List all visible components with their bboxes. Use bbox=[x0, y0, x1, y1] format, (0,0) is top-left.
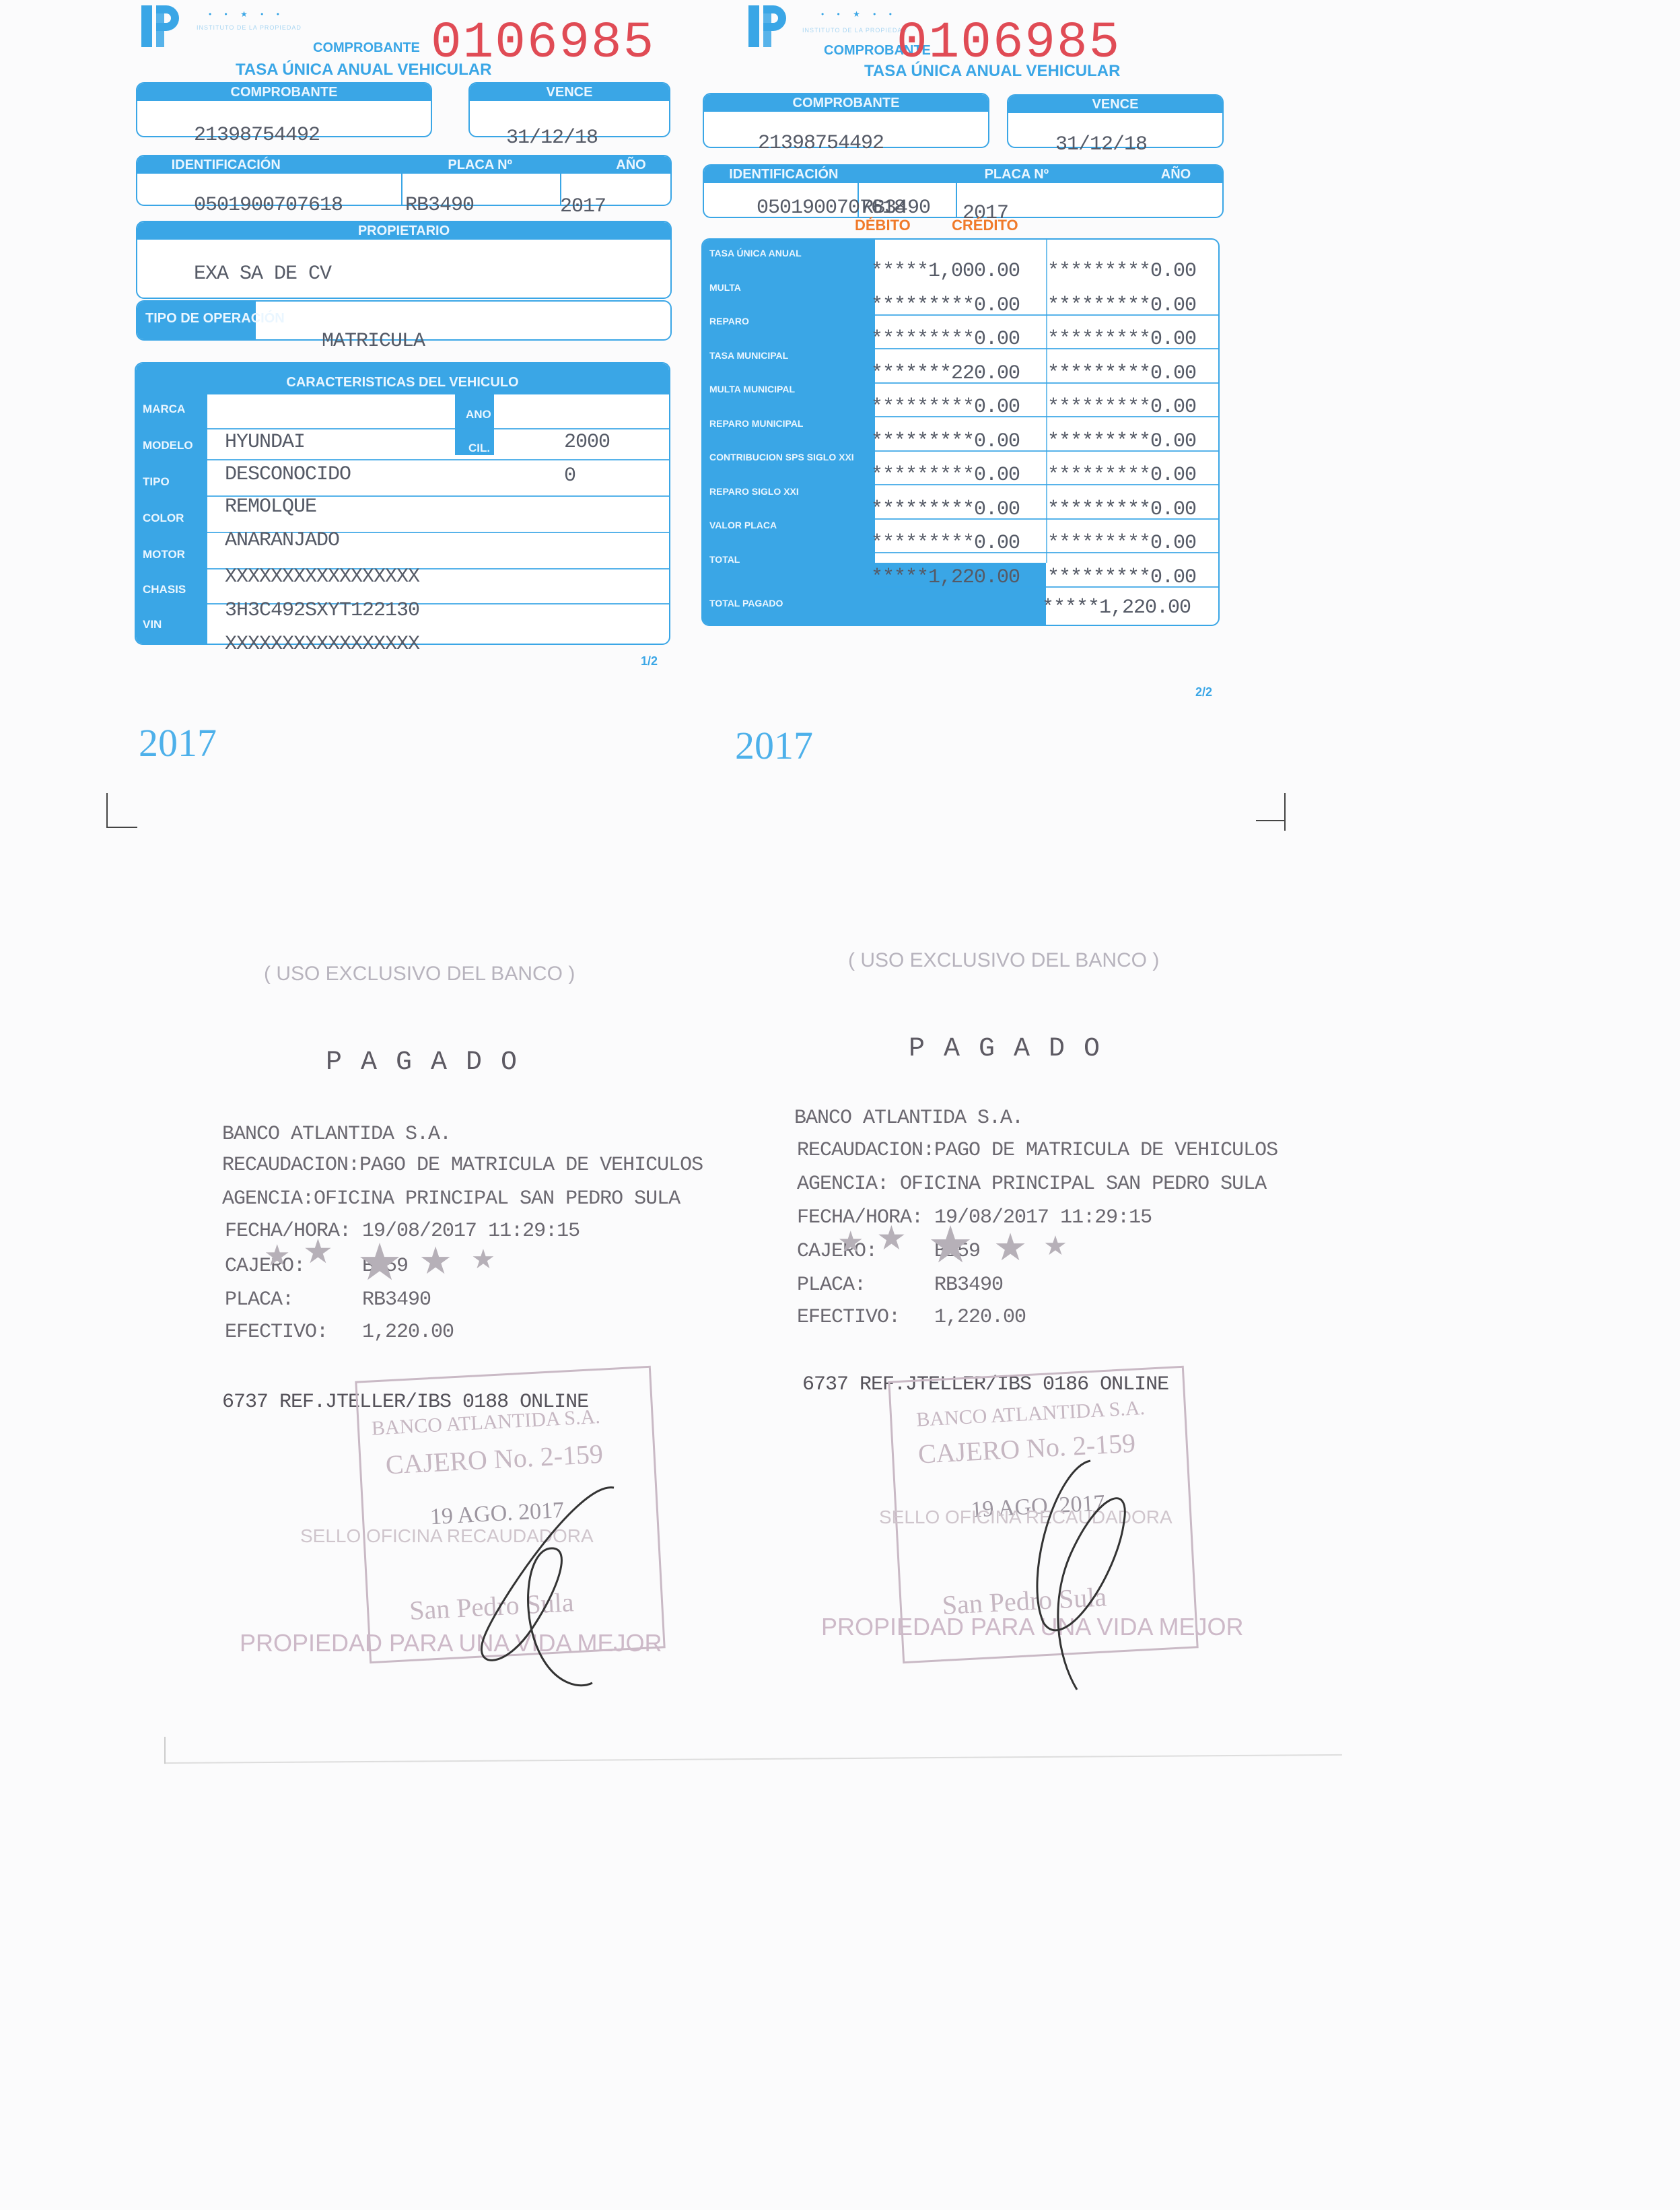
identificacion-value: 0501900707618 bbox=[194, 194, 343, 217]
chasis-value: XXXXXXXXXXXXXXXXX bbox=[225, 565, 419, 588]
charge-credito: *********0.00 bbox=[1047, 430, 1196, 453]
charge-credito: *********0.00 bbox=[1047, 294, 1196, 317]
charge-label: TOTAL bbox=[709, 554, 740, 565]
uso-exclusivo-label: ( USO EXCLUSIVO DEL BANCO ) bbox=[848, 949, 1159, 972]
star-icon: ★ bbox=[471, 1244, 495, 1275]
star-icon: ★ bbox=[837, 1225, 864, 1259]
anio-label: AÑO bbox=[1129, 166, 1222, 183]
ip-logo-icon bbox=[141, 5, 180, 47]
star-icon: ★ bbox=[993, 1225, 1027, 1270]
star-icon: ★ bbox=[876, 1218, 907, 1257]
signature-icon bbox=[458, 1467, 633, 1690]
bank-name: BANCO ATLANTIDA S.A. bbox=[222, 1123, 451, 1146]
cil-value: 0 bbox=[564, 464, 575, 487]
caracteristicas-title: CARACTERISTICAS DEL VEHICULO bbox=[136, 364, 669, 394]
charge-credito: *********0.00 bbox=[1047, 328, 1196, 351]
row-divider bbox=[874, 552, 1220, 553]
modelo-label: MODELO bbox=[143, 439, 193, 452]
motor-label: MOTOR bbox=[143, 548, 185, 561]
efectivo-line: EFECTIVO: 1,220.00 bbox=[797, 1306, 1026, 1329]
crop-mark bbox=[106, 827, 137, 828]
efectivo-line: EFECTIVO: 1,220.00 bbox=[225, 1321, 454, 1344]
charge-label: MULTA bbox=[709, 282, 741, 293]
row-divider bbox=[874, 586, 1220, 588]
charge-debito: *******220.00 bbox=[871, 362, 1020, 385]
charge-label: CONTRIBUCION SPS SIGLO XXI bbox=[709, 452, 854, 462]
charge-credito: *********0.00 bbox=[1047, 532, 1196, 555]
color-label: COLOR bbox=[143, 512, 184, 525]
anio-value: 2017 bbox=[560, 195, 606, 218]
year-watermark-2: 2017 bbox=[735, 723, 813, 768]
form-title: TASA ÚNICA ANUAL VEHICULAR bbox=[236, 61, 491, 79]
uso-exclusivo-label: ( USO EXCLUSIVO DEL BANCO ) bbox=[264, 963, 575, 986]
charge-label: TASA ÚNICA ANUAL bbox=[709, 248, 802, 258]
row-divider bbox=[874, 382, 1220, 384]
comprobante-label: COMPROBANTE bbox=[137, 83, 431, 101]
propietario-box: PROPIETARIO bbox=[136, 221, 672, 299]
year-watermark-1: 2017 bbox=[139, 720, 217, 765]
color-value: REMOLQUE bbox=[225, 495, 316, 518]
page-number: 1/2 bbox=[641, 654, 658, 668]
agencia-line: AGENCIA: OFICINA PRINCIPAL SAN PEDRO SUL… bbox=[797, 1173, 1266, 1196]
charge-debito: *********0.00 bbox=[871, 396, 1020, 419]
identificacion-header: IDENTIFICACIÓN PLACA Nº AÑO bbox=[704, 166, 1222, 183]
modelo-value: HYUNDAI bbox=[225, 431, 305, 454]
comprobante-caption: COMPROBANTE bbox=[313, 40, 420, 56]
row-divider bbox=[874, 348, 1220, 349]
bank-stamp-2: ( USO EXCLUSIVO DEL BANCO ) PAGADO BANCO… bbox=[774, 929, 1353, 1669]
row-divider bbox=[874, 518, 1220, 520]
star-icon: ★ bbox=[357, 1232, 403, 1292]
charge-debito: *********0.00 bbox=[871, 328, 1020, 351]
vence-label: VENCE bbox=[470, 83, 669, 101]
stars-icon: • • ★ • • bbox=[209, 9, 285, 19]
chasis-label: CHASIS bbox=[143, 583, 186, 596]
crop-mark bbox=[164, 1737, 166, 1764]
charge-debito: *****1,220.00 bbox=[871, 566, 1020, 589]
vence-label: VENCE bbox=[1008, 96, 1222, 113]
pagado-label: PAGADO bbox=[326, 1047, 536, 1078]
row-divider bbox=[874, 484, 1220, 485]
charge-label: VALOR PLACA bbox=[709, 520, 777, 530]
tipo-label: TIPO bbox=[143, 475, 170, 489]
charge-credito: *********0.00 bbox=[1047, 396, 1196, 419]
placa-line: PLACA: RB3490 bbox=[225, 1288, 431, 1311]
charge-credito: *********0.00 bbox=[1047, 566, 1196, 589]
seal-bank: BANCO ATLANTIDA S.A. bbox=[916, 1397, 1146, 1432]
stars-icon: • • ★ • • bbox=[821, 9, 897, 19]
charge-label: REPARO SIGLO XXI bbox=[709, 486, 799, 497]
credito-header: CRÉDITO bbox=[952, 217, 1018, 234]
identificacion-label: IDENTIFICACIÓN bbox=[704, 166, 864, 183]
charge-label: REPARO MUNICIPAL bbox=[709, 418, 803, 429]
tipo-operacion-label: TIPO DE OPERACIÓN bbox=[145, 311, 285, 326]
row-divider bbox=[874, 314, 1220, 316]
institution-name: INSTITUTO DE LA PROPIEDAD bbox=[197, 24, 302, 31]
total-pagado-value: *****1,220.00 bbox=[1042, 596, 1191, 619]
page-bottom-line bbox=[164, 1754, 1342, 1764]
charge-debito: *********0.00 bbox=[871, 498, 1020, 521]
ip-logo-icon bbox=[748, 5, 788, 47]
vence-value: 31/12/18 bbox=[1055, 133, 1147, 156]
ano-label: ANO bbox=[466, 408, 491, 421]
institution-name: INSTITUTO DE LA PROPIEDAD bbox=[802, 27, 907, 34]
form-title: TASA ÚNICA ANUAL VEHICULAR bbox=[864, 62, 1120, 81]
placa-value: RB3490 bbox=[862, 197, 930, 219]
crop-mark bbox=[1256, 820, 1284, 821]
charge-credito: *********0.00 bbox=[1047, 260, 1196, 283]
marca-label: MARCA bbox=[143, 403, 185, 416]
vin-value: 3H3C492SXYT122130 bbox=[225, 599, 419, 622]
page-number: 2/2 bbox=[1195, 685, 1212, 699]
ano-value: 2000 bbox=[564, 431, 610, 454]
star-icon: ★ bbox=[264, 1239, 290, 1273]
identificacion-header: IDENTIFICACIÓN PLACA Nº AÑO bbox=[137, 156, 670, 174]
star-icon: ★ bbox=[303, 1232, 333, 1271]
seal-bank: BANCO ATLANTIDA S.A. bbox=[371, 1406, 600, 1441]
motor-value: ANARANJADO bbox=[225, 529, 339, 552]
charge-credito: *********0.00 bbox=[1047, 498, 1196, 521]
charge-debito: *********0.00 bbox=[871, 464, 1020, 487]
propietario-label: PROPIETARIO bbox=[137, 222, 670, 240]
star-icon: ★ bbox=[928, 1214, 973, 1274]
row-divider bbox=[874, 416, 1220, 417]
charge-credito: *********0.00 bbox=[1047, 464, 1196, 487]
charge-label: MULTA MUNICIPAL bbox=[709, 384, 795, 394]
comprobante-label: COMPROBANTE bbox=[704, 94, 988, 112]
charge-debito: *********0.00 bbox=[871, 532, 1020, 555]
vin-label: VIN bbox=[143, 618, 162, 631]
identificacion-label: IDENTIFICACIÓN bbox=[137, 156, 314, 174]
debito-header: DÉBITO bbox=[855, 217, 911, 234]
charge-label: REPARO bbox=[709, 316, 749, 326]
charge-debito: *********0.00 bbox=[871, 430, 1020, 453]
recaudacion-line: RECAUDACION:PAGO DE MATRICULA DE VEHICUL… bbox=[222, 1154, 703, 1177]
placa-label: PLACA Nº bbox=[314, 156, 592, 174]
placa-label: PLACA Nº bbox=[864, 166, 1129, 183]
placa-line: PLACA: RB3490 bbox=[797, 1274, 1003, 1297]
crop-mark bbox=[1284, 793, 1286, 831]
comprobante-value: 21398754492 bbox=[758, 132, 884, 155]
row-divider bbox=[874, 450, 1220, 452]
placa-value: RB3490 bbox=[405, 194, 474, 217]
signature-icon bbox=[996, 1441, 1171, 1696]
folio-number: 0106985 bbox=[897, 18, 1121, 69]
star-icon: ★ bbox=[1043, 1231, 1067, 1262]
tipo-operacion-value: MATRICULA bbox=[322, 330, 425, 353]
tipo-value: DESCONOCIDO bbox=[225, 463, 351, 486]
pagado-label: PAGADO bbox=[909, 1034, 1119, 1064]
comprobante-value: 21398754492 bbox=[194, 124, 320, 147]
cil-label: CIL. bbox=[468, 442, 490, 455]
charge-label: TASA MUNICIPAL bbox=[709, 350, 788, 361]
charge-credito: *********0.00 bbox=[1047, 362, 1196, 385]
receipt-page-1: • • ★ • • INSTITUTO DE LA PROPIEDAD COMP… bbox=[135, 0, 687, 673]
star-icon: ★ bbox=[419, 1239, 452, 1283]
extra-value: XXXXXXXXXXXXXXXXX bbox=[225, 633, 419, 656]
propietario-value: EXA SA DE CV bbox=[194, 263, 331, 285]
agencia-line: AGENCIA:OFICINA PRINCIPAL SAN PEDRO SULA bbox=[222, 1187, 680, 1210]
total-pagado-label: TOTAL PAGADO bbox=[709, 598, 783, 609]
charge-debito: *****1,000.00 bbox=[871, 260, 1020, 283]
receipt-page-2: • • ★ • • INSTITUTO DE LA PROPIEDAD COMP… bbox=[701, 0, 1253, 673]
vence-value: 31/12/18 bbox=[506, 127, 598, 149]
recaudacion-line: RECAUDACION:PAGO DE MATRICULA DE VEHICUL… bbox=[797, 1139, 1277, 1162]
bank-stamp-1: ( USO EXCLUSIVO DEL BANCO ) PAGADO BANCO… bbox=[202, 942, 781, 1683]
crop-mark bbox=[106, 793, 108, 828]
anio-label: AÑO bbox=[592, 156, 670, 174]
bank-name: BANCO ATLANTIDA S.A. bbox=[794, 1107, 1023, 1130]
charge-debito: *********0.00 bbox=[871, 294, 1020, 317]
